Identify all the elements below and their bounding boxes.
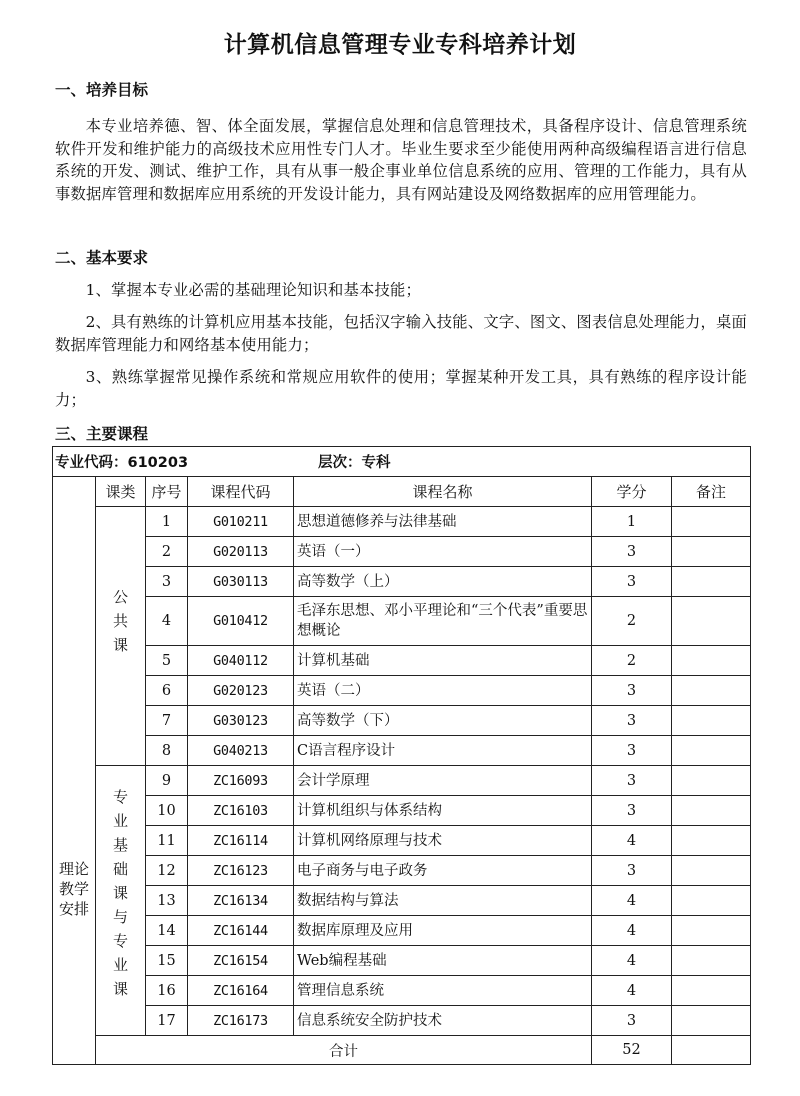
- row-name: 电子商务与电子政务: [294, 856, 592, 886]
- row-note: [672, 646, 751, 676]
- row-credits: 4: [592, 976, 672, 1006]
- table-row: 10 ZC16103 计算机组织与体系结构 3: [53, 796, 751, 826]
- row-name: 会计学原理: [294, 766, 592, 796]
- row-credits: 3: [592, 736, 672, 766]
- row-no: 6: [146, 676, 188, 706]
- row-no: 10: [146, 796, 188, 826]
- row-credits: 3: [592, 676, 672, 706]
- row-no: 2: [146, 537, 188, 567]
- row-no: 1: [146, 507, 188, 537]
- section-heading-objectives: 一、培养目标: [55, 78, 148, 100]
- row-note: [672, 826, 751, 856]
- row-note: [672, 976, 751, 1006]
- row-note: [672, 507, 751, 537]
- row-credits: 2: [592, 646, 672, 676]
- row-no: 15: [146, 946, 188, 976]
- category-cell-specialized: 专 业 基 础 课 与 专 业 课: [96, 766, 146, 1036]
- requirement-item-3: 3、熟练掌握常见操作系统和常规应用软件的使用；掌握某种开发工具，具有熟练的程序设…: [55, 366, 747, 411]
- row-no: 5: [146, 646, 188, 676]
- row-credits: 3: [592, 766, 672, 796]
- course-table: 专业代码：610203层次：专科 理论 教学 安排 课类 序号 课程代码 课程名…: [52, 446, 751, 1065]
- row-credits: 4: [592, 916, 672, 946]
- row-note: [672, 537, 751, 567]
- row-code: ZC16093: [188, 766, 294, 796]
- total-label: 合计: [96, 1036, 592, 1065]
- row-credits: 3: [592, 796, 672, 826]
- row-note: [672, 736, 751, 766]
- row-note: [672, 706, 751, 736]
- requirement-item-1: 1、掌握本专业必需的基础理论知识和基本技能；: [55, 279, 747, 302]
- row-code: G020123: [188, 676, 294, 706]
- row-credits: 4: [592, 946, 672, 976]
- table-row: 5 G040112 计算机基础 2: [53, 646, 751, 676]
- row-credits: 3: [592, 567, 672, 597]
- table-row: 16 ZC16164 管理信息系统 4: [53, 976, 751, 1006]
- row-code: ZC16123: [188, 856, 294, 886]
- area-label-line: 安排: [59, 900, 89, 918]
- row-no: 7: [146, 706, 188, 736]
- column-header-category: 课类: [96, 477, 146, 507]
- row-no: 13: [146, 886, 188, 916]
- row-note: [672, 856, 751, 886]
- table-row: 14 ZC16144 数据库原理及应用 4: [53, 916, 751, 946]
- section-heading-requirements: 二、基本要求: [55, 246, 148, 268]
- row-name: 高等数学（上）: [294, 567, 592, 597]
- table-meta-cell: 专业代码：610203层次：专科: [53, 447, 751, 477]
- row-code: ZC16114: [188, 826, 294, 856]
- table-row: 17 ZC16173 信息系统安全防护技术 3: [53, 1006, 751, 1036]
- table-row: 2 G020113 英语（一） 3: [53, 537, 751, 567]
- row-code: G040112: [188, 646, 294, 676]
- area-label-line: 理论: [59, 860, 89, 878]
- table-row: 15 ZC16154 Web编程基础 4: [53, 946, 751, 976]
- row-credits: 1: [592, 507, 672, 537]
- column-header-row: 理论 教学 安排 课类 序号 课程代码 课程名称 学分 备注: [53, 477, 751, 507]
- total-credits: 52: [592, 1036, 672, 1065]
- row-name: 思想道德修养与法律基础: [294, 507, 592, 537]
- row-name: 计算机基础: [294, 646, 592, 676]
- row-credits: 3: [592, 1006, 672, 1036]
- row-code: ZC16154: [188, 946, 294, 976]
- table-row: 3 G030113 高等数学（上） 3: [53, 567, 751, 597]
- total-note: [672, 1036, 751, 1065]
- row-no: 12: [146, 856, 188, 886]
- level-label: 层次：专科: [318, 455, 391, 471]
- row-name: 管理信息系统: [294, 976, 592, 1006]
- row-code: ZC16103: [188, 796, 294, 826]
- row-name: 计算机组织与体系结构: [294, 796, 592, 826]
- row-no: 17: [146, 1006, 188, 1036]
- column-header-credits: 学分: [592, 477, 672, 507]
- row-code: ZC16144: [188, 916, 294, 946]
- row-credits: 2: [592, 597, 672, 646]
- row-code: ZC16134: [188, 886, 294, 916]
- objectives-paragraph: 本专业培养德、智、体全面发展，掌握信息处理和信息管理技术，具备程序设计、信息管理…: [55, 115, 747, 205]
- row-note: [672, 916, 751, 946]
- row-note: [672, 766, 751, 796]
- row-no: 11: [146, 826, 188, 856]
- row-code: G030113: [188, 567, 294, 597]
- table-row: 专 业 基 础 课 与 专 业 课 9 ZC16093 会计学原理 3: [53, 766, 751, 796]
- row-note: [672, 567, 751, 597]
- row-credits: 4: [592, 826, 672, 856]
- row-name: C语言程序设计: [294, 736, 592, 766]
- table-meta-row: 专业代码：610203层次：专科: [53, 447, 751, 477]
- requirement-item-2: 2、具有熟练的计算机应用基本技能，包括汉字输入技能、文字、图文、图表信息处理能力…: [55, 311, 747, 356]
- row-name: 数据库原理及应用: [294, 916, 592, 946]
- table-row: 8 G040213 C语言程序设计 3: [53, 736, 751, 766]
- row-credits: 4: [592, 886, 672, 916]
- row-name: 毛泽东思想、邓小平理论和“三个代表”重要思想概论: [294, 597, 592, 646]
- row-no: 8: [146, 736, 188, 766]
- row-credits: 3: [592, 856, 672, 886]
- row-name: 英语（二）: [294, 676, 592, 706]
- column-header-name: 课程名称: [294, 477, 592, 507]
- area-label-line: 教学: [59, 880, 89, 898]
- column-header-note: 备注: [672, 477, 751, 507]
- table-row: 公 共 课 1 G010211 思想道德修养与法律基础 1: [53, 507, 751, 537]
- row-code: G040213: [188, 736, 294, 766]
- major-code-label: 专业代码：610203: [55, 455, 188, 471]
- section-heading-courses: 三、主要课程: [55, 422, 148, 444]
- row-code: G010412: [188, 597, 294, 646]
- row-code: ZC16173: [188, 1006, 294, 1036]
- row-code: G010211: [188, 507, 294, 537]
- row-note: [672, 1006, 751, 1036]
- row-no: 4: [146, 597, 188, 646]
- row-note: [672, 886, 751, 916]
- row-no: 14: [146, 916, 188, 946]
- row-name: 英语（一）: [294, 537, 592, 567]
- document-title: 计算机信息管理专业专科培养计划: [0, 26, 800, 59]
- row-code: G020113: [188, 537, 294, 567]
- table-row: 12 ZC16123 电子商务与电子政务 3: [53, 856, 751, 886]
- row-note: [672, 676, 751, 706]
- row-no: 3: [146, 567, 188, 597]
- row-no: 16: [146, 976, 188, 1006]
- category-cell-public: 公 共 课: [96, 507, 146, 766]
- table-row: 4 G010412 毛泽东思想、邓小平理论和“三个代表”重要思想概论 2: [53, 597, 751, 646]
- row-credits: 3: [592, 706, 672, 736]
- row-name: 计算机网络原理与技术: [294, 826, 592, 856]
- row-name: 高等数学（下）: [294, 706, 592, 736]
- table-row: 11 ZC16114 计算机网络原理与技术 4: [53, 826, 751, 856]
- table-row: 6 G020123 英语（二） 3: [53, 676, 751, 706]
- row-name: Web编程基础: [294, 946, 592, 976]
- table-row: 7 G030123 高等数学（下） 3: [53, 706, 751, 736]
- column-header-code: 课程代码: [188, 477, 294, 507]
- column-header-no: 序号: [146, 477, 188, 507]
- table-row: 13 ZC16134 数据结构与算法 4: [53, 886, 751, 916]
- row-note: [672, 597, 751, 646]
- row-note: [672, 796, 751, 826]
- row-no: 9: [146, 766, 188, 796]
- row-code: ZC16164: [188, 976, 294, 1006]
- area-label-cell: 理论 教学 安排: [53, 477, 96, 1065]
- row-code: G030123: [188, 706, 294, 736]
- total-row: 合计 52: [53, 1036, 751, 1065]
- row-name: 数据结构与算法: [294, 886, 592, 916]
- row-note: [672, 946, 751, 976]
- row-name: 信息系统安全防护技术: [294, 1006, 592, 1036]
- row-credits: 3: [592, 537, 672, 567]
